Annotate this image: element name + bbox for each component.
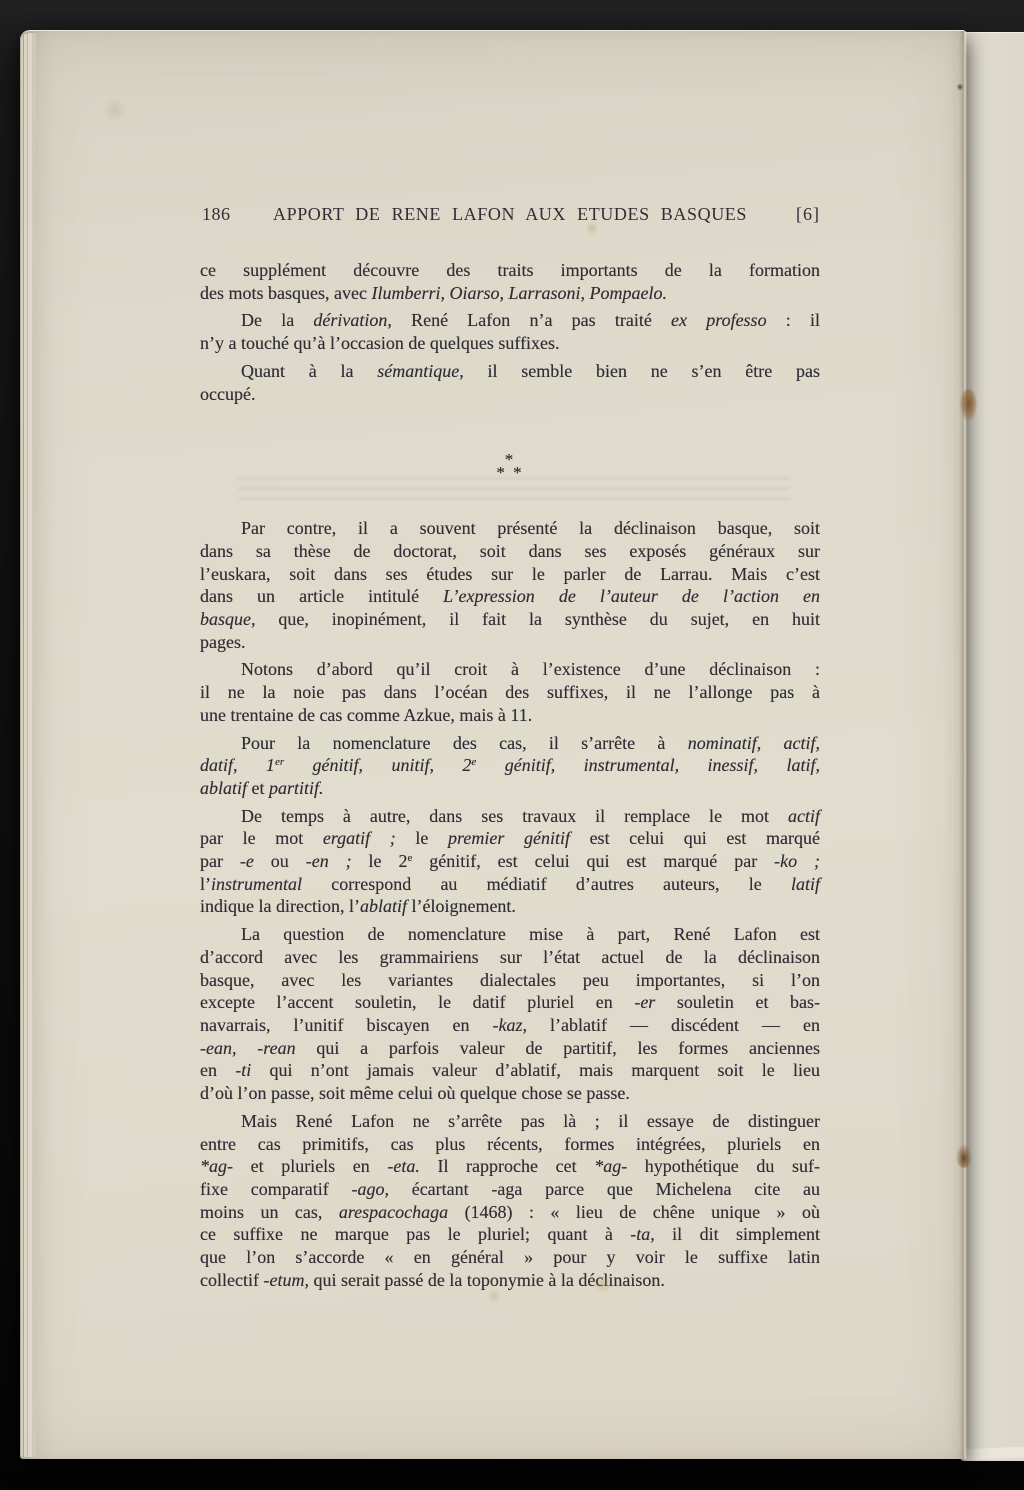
text-segment: que, inopinément, il fait la synthèse du… [256, 609, 821, 629]
text-line: que l’on s’accorde « en général » pour y… [200, 1246, 820, 1269]
text-segment: latif [791, 874, 820, 894]
text-segment: dérivation, [313, 310, 392, 330]
text-segment: qui serait passé de la toponymie à la dé… [309, 1270, 665, 1290]
text-segment: et [247, 778, 269, 798]
paragraph: Quant à la sémantique, il semble bien ne… [200, 360, 820, 405]
text-segment: l’ablatif — discédent — en [527, 1015, 820, 1035]
text-segment: basque, avec les variantes dialectales p… [200, 970, 820, 990]
issue-number: [6] [796, 204, 820, 225]
text-segment: René Lafon n’a pas traité [392, 310, 671, 330]
text-segment: Quant à la [241, 361, 377, 381]
text-line: pages. [200, 631, 820, 654]
text-segment: des mots basques, avec [200, 283, 371, 303]
text-segment: le 2 [352, 851, 408, 871]
text-line: basque, que, inopinément, il fait la syn… [200, 608, 820, 631]
text-segment: génitif, unitif, 2 [284, 755, 471, 775]
text-segment: moins un cas, [200, 1202, 339, 1222]
text-segment: il dit simplement [655, 1224, 820, 1244]
text-segment: *ag- [594, 1156, 627, 1176]
text-segment: ce suffixe ne marque pas le pluriel; qua… [200, 1224, 630, 1244]
text-line: Quant à la sémantique, il semble bien ne… [200, 360, 820, 383]
text-segment: Pour la nomenclature des cas, il s’arrêt… [241, 733, 688, 753]
text-line: Pour la nomenclature des cas, il s’arrêt… [200, 732, 820, 755]
text-segment: -ta, [630, 1224, 655, 1244]
text-segment: nominatif, actif, [688, 733, 820, 753]
text-segment: -eta. [387, 1156, 419, 1176]
text-line: datif, 1er génitif, unitif, 2e génitif, … [200, 754, 820, 777]
text-line: basque, avec les variantes dialectales p… [200, 969, 820, 992]
text-line: collectif -etum, qui serait passé de la … [200, 1269, 820, 1292]
text-segment: ce supplément découvre des traits import… [200, 260, 820, 280]
text-line: moins un cas, arespacochaga (1468) : « l… [200, 1201, 820, 1224]
text-segment: que l’on s’accorde « en général » pour y… [200, 1247, 820, 1267]
text-line: excepte l’accent souletin, le datif plur… [200, 991, 820, 1014]
page-content: 186 APPORT DE RENE LAFON AUX ETUDES BASQ… [200, 204, 820, 1291]
text-line: -ean, -rean qui a parfois valeur de part… [200, 1037, 820, 1060]
text-segment: : il [767, 310, 820, 330]
text-segment: -ean, -rean [200, 1038, 296, 1058]
book-page: 186 APPORT DE RENE LAFON AUX ETUDES BASQ… [20, 30, 965, 1459]
text-segment: génitif, instrumental, inessif, latif, [476, 755, 820, 775]
text-line: par le mot ergatif ; le premier génitif … [200, 827, 820, 850]
photo-scene: { "page": { "header": { "page_number": "… [0, 0, 1024, 1490]
text-line: ce suffixe ne marque pas le pluriel; qua… [200, 1223, 820, 1246]
text-line: dans sa thèse de doctorat, soit dans ses… [200, 540, 820, 563]
text-segment: le [396, 828, 448, 848]
gutter-fold-line [959, 31, 967, 1459]
paragraph: ce supplément découvre des traits import… [200, 259, 820, 304]
text-segment: Notons d’abord qu’il croit à l’existence… [241, 659, 820, 679]
text-segment: écartant -aga parce que Michelena cite a… [389, 1179, 820, 1199]
text-line: une trentaine de cas comme Azkue, mais à… [200, 704, 820, 727]
text-segment: souletin et bas- [655, 992, 820, 1012]
text-line: l’euskara, soit dans ses études sur le p… [200, 563, 820, 586]
text-segment: indique la direction, l’ [200, 896, 360, 916]
text-segment: d’accord avec les grammairiens sur l’éta… [200, 947, 820, 967]
text-line: en -ti qui n’ont jamais valeur d’ablatif… [200, 1059, 820, 1082]
paragraph: Mais René Lafon ne s’arrête pas là ; il … [200, 1110, 820, 1292]
text-line: ablatif et partitif. [200, 777, 820, 800]
text-segment: une trentaine de cas comme Azkue, mais à… [200, 705, 532, 725]
text-line: l’instrumental correspond au médiatif d’… [200, 873, 820, 896]
paragraph: Par contre, il a souvent présenté la déc… [200, 517, 820, 653]
text-segment: basque, [200, 609, 256, 629]
facing-page-edge [963, 32, 1024, 1461]
text-segment: dans un article intitulé [200, 586, 443, 606]
text-segment: er [275, 756, 284, 768]
text-segment: arespacochaga [339, 1202, 448, 1222]
paragraph: Pour la nomenclature des cas, il s’arrêt… [200, 732, 820, 800]
text-segment: l’euskara, soit dans ses études sur le p… [200, 564, 820, 584]
text-segment: qui a parfois valeur de partitif, les fo… [296, 1038, 820, 1058]
text-segment: De la [241, 310, 313, 330]
text-segment: -en ; [306, 851, 352, 871]
text-segment: instrumental [211, 874, 302, 894]
separator-line: * * [200, 466, 820, 479]
page-stack-edges [20, 33, 36, 1457]
text-segment: datif, 1 [200, 755, 275, 775]
text-segment: -kaz, [492, 1015, 527, 1035]
text-line: indique la direction, l’ablatif l’éloign… [200, 895, 820, 918]
text-line: Notons d’abord qu’il croit à l’existence… [200, 658, 820, 681]
paragraph: La question de nomenclature mise à part,… [200, 923, 820, 1105]
text-segment: pages. [200, 632, 245, 652]
text-segment: -etum, [263, 1270, 308, 1290]
text-line: dans un article intitulé L’expression de… [200, 585, 820, 608]
text-segment: collectif [200, 1270, 263, 1290]
text-segment: fixe comparatif [200, 1179, 351, 1199]
text-segment: -e [240, 851, 254, 871]
text-segment: Il rapproche cet [420, 1156, 594, 1176]
running-title: APPORT DE RENE LAFON AUX ETUDES BASQUES [200, 204, 820, 225]
text-segment: par [200, 851, 240, 871]
text-line: Par contre, il a souvent présenté la déc… [200, 517, 820, 540]
text-segment: est celui qui est marqué [570, 828, 820, 848]
text-segment: l’ [200, 874, 211, 894]
text-segment: correspond au médiatif d’autres auteurs,… [302, 874, 791, 894]
text-line: De la dérivation, René Lafon n’a pas tra… [200, 309, 820, 332]
text-line: *ag- et pluriels en -eta. Il rapproche c… [200, 1155, 820, 1178]
text-segment: génitif, est celui qui est marqué par [412, 851, 774, 871]
text-segment: occupé. [200, 384, 255, 404]
text-segment: hypothétique du suf- [627, 1156, 820, 1176]
text-line: n’y a touché qu’à l’occasion de quelques… [200, 332, 820, 355]
text-segment: Ilumberri, Oiarso, Larrasoni, Pompaelo. [371, 283, 667, 303]
text-segment: Mais René Lafon ne s’arrête pas là ; il … [241, 1111, 820, 1131]
text-line: fixe comparatif -ago, écartant -aga parc… [200, 1178, 820, 1201]
text-segment: De temps à autre, dans ses travaux il re… [241, 806, 788, 826]
text-segment: ex professo [671, 310, 767, 330]
paragraph: De la dérivation, René Lafon n’a pas tra… [200, 309, 820, 354]
text-segment: qui n’ont jamais valeur d’ablatif, mais … [251, 1060, 820, 1080]
text-line: navarrais, l’unitif biscayen en -kaz, l’… [200, 1014, 820, 1037]
text-line: ce supplément découvre des traits import… [200, 259, 820, 282]
text-segment: ablatif [200, 778, 247, 798]
text-segment: n’y a touché qu’à l’occasion de quelques… [200, 333, 560, 353]
page-header: 186 APPORT DE RENE LAFON AUX ETUDES BASQ… [200, 204, 820, 227]
text-segment: ergatif ; [323, 828, 396, 848]
text-segment: Par contre, il a souvent présenté la déc… [241, 518, 820, 538]
text-segment: ou [254, 851, 306, 871]
text-segment: -er [634, 992, 655, 1012]
paragraph: De temps à autre, dans ses travaux il re… [200, 805, 820, 919]
text-line: des mots basques, avec Ilumberri, Oiarso… [200, 282, 820, 305]
text-line: De temps à autre, dans ses travaux il re… [200, 805, 820, 828]
text-segment: -ko ; [774, 851, 820, 871]
text-segment: il ne la noie pas dans l’océan des suffi… [200, 682, 820, 702]
text-segment: l’éloignement. [407, 896, 516, 916]
section-separator: ** * [200, 453, 820, 479]
text-segment: et pluriels en [233, 1156, 387, 1176]
text-line: il ne la noie pas dans l’océan des suffi… [200, 681, 820, 704]
text-segment: L’expression de l’auteur de l’action en [443, 586, 820, 606]
text-segment: excepte l’accent souletin, le datif plur… [200, 992, 634, 1012]
text-segment: ablatif [360, 896, 407, 916]
text-line: Mais René Lafon ne s’arrête pas là ; il … [200, 1110, 820, 1133]
text-segment: (1468) : « lieu de chêne unique » où [448, 1202, 820, 1222]
text-segment: dans sa thèse de doctorat, soit dans ses… [200, 541, 820, 561]
text-segment: -ago, [351, 1179, 389, 1199]
text-line: par -e ou -en ; le 2e génitif, est celui… [200, 850, 820, 873]
text-segment: il semble bien ne s’en être pas [464, 361, 820, 381]
text-segment: navarrais, l’unitif biscayen en [200, 1015, 492, 1035]
text-segment: premier génitif [448, 828, 570, 848]
text-line: d’où l’on passe, soit même celui où quel… [200, 1082, 820, 1105]
text-segment: partitif. [269, 778, 324, 798]
text-segment: *ag- [200, 1156, 233, 1176]
text-segment: d’où l’on passe, soit même celui où quel… [200, 1083, 630, 1103]
text-line: entre cas primitifs, cas plus récents, f… [200, 1133, 820, 1156]
text-line: occupé. [200, 383, 820, 406]
text-line: La question de nomenclature mise à part,… [200, 923, 820, 946]
text-segment: La question de nomenclature mise à part,… [241, 924, 820, 944]
text-line: d’accord avec les grammairiens sur l’éta… [200, 946, 820, 969]
text-segment: entre cas primitifs, cas plus récents, f… [200, 1134, 820, 1154]
text-segment: sémantique, [377, 361, 463, 381]
text-segment: par le mot [200, 828, 323, 848]
text-segment: en [200, 1060, 235, 1080]
body-text: ce supplément découvre des traits import… [200, 259, 820, 1291]
text-segment: actif [788, 806, 820, 826]
paragraph: Notons d’abord qu’il croit à l’existence… [200, 658, 820, 726]
text-segment: -ti [235, 1060, 251, 1080]
